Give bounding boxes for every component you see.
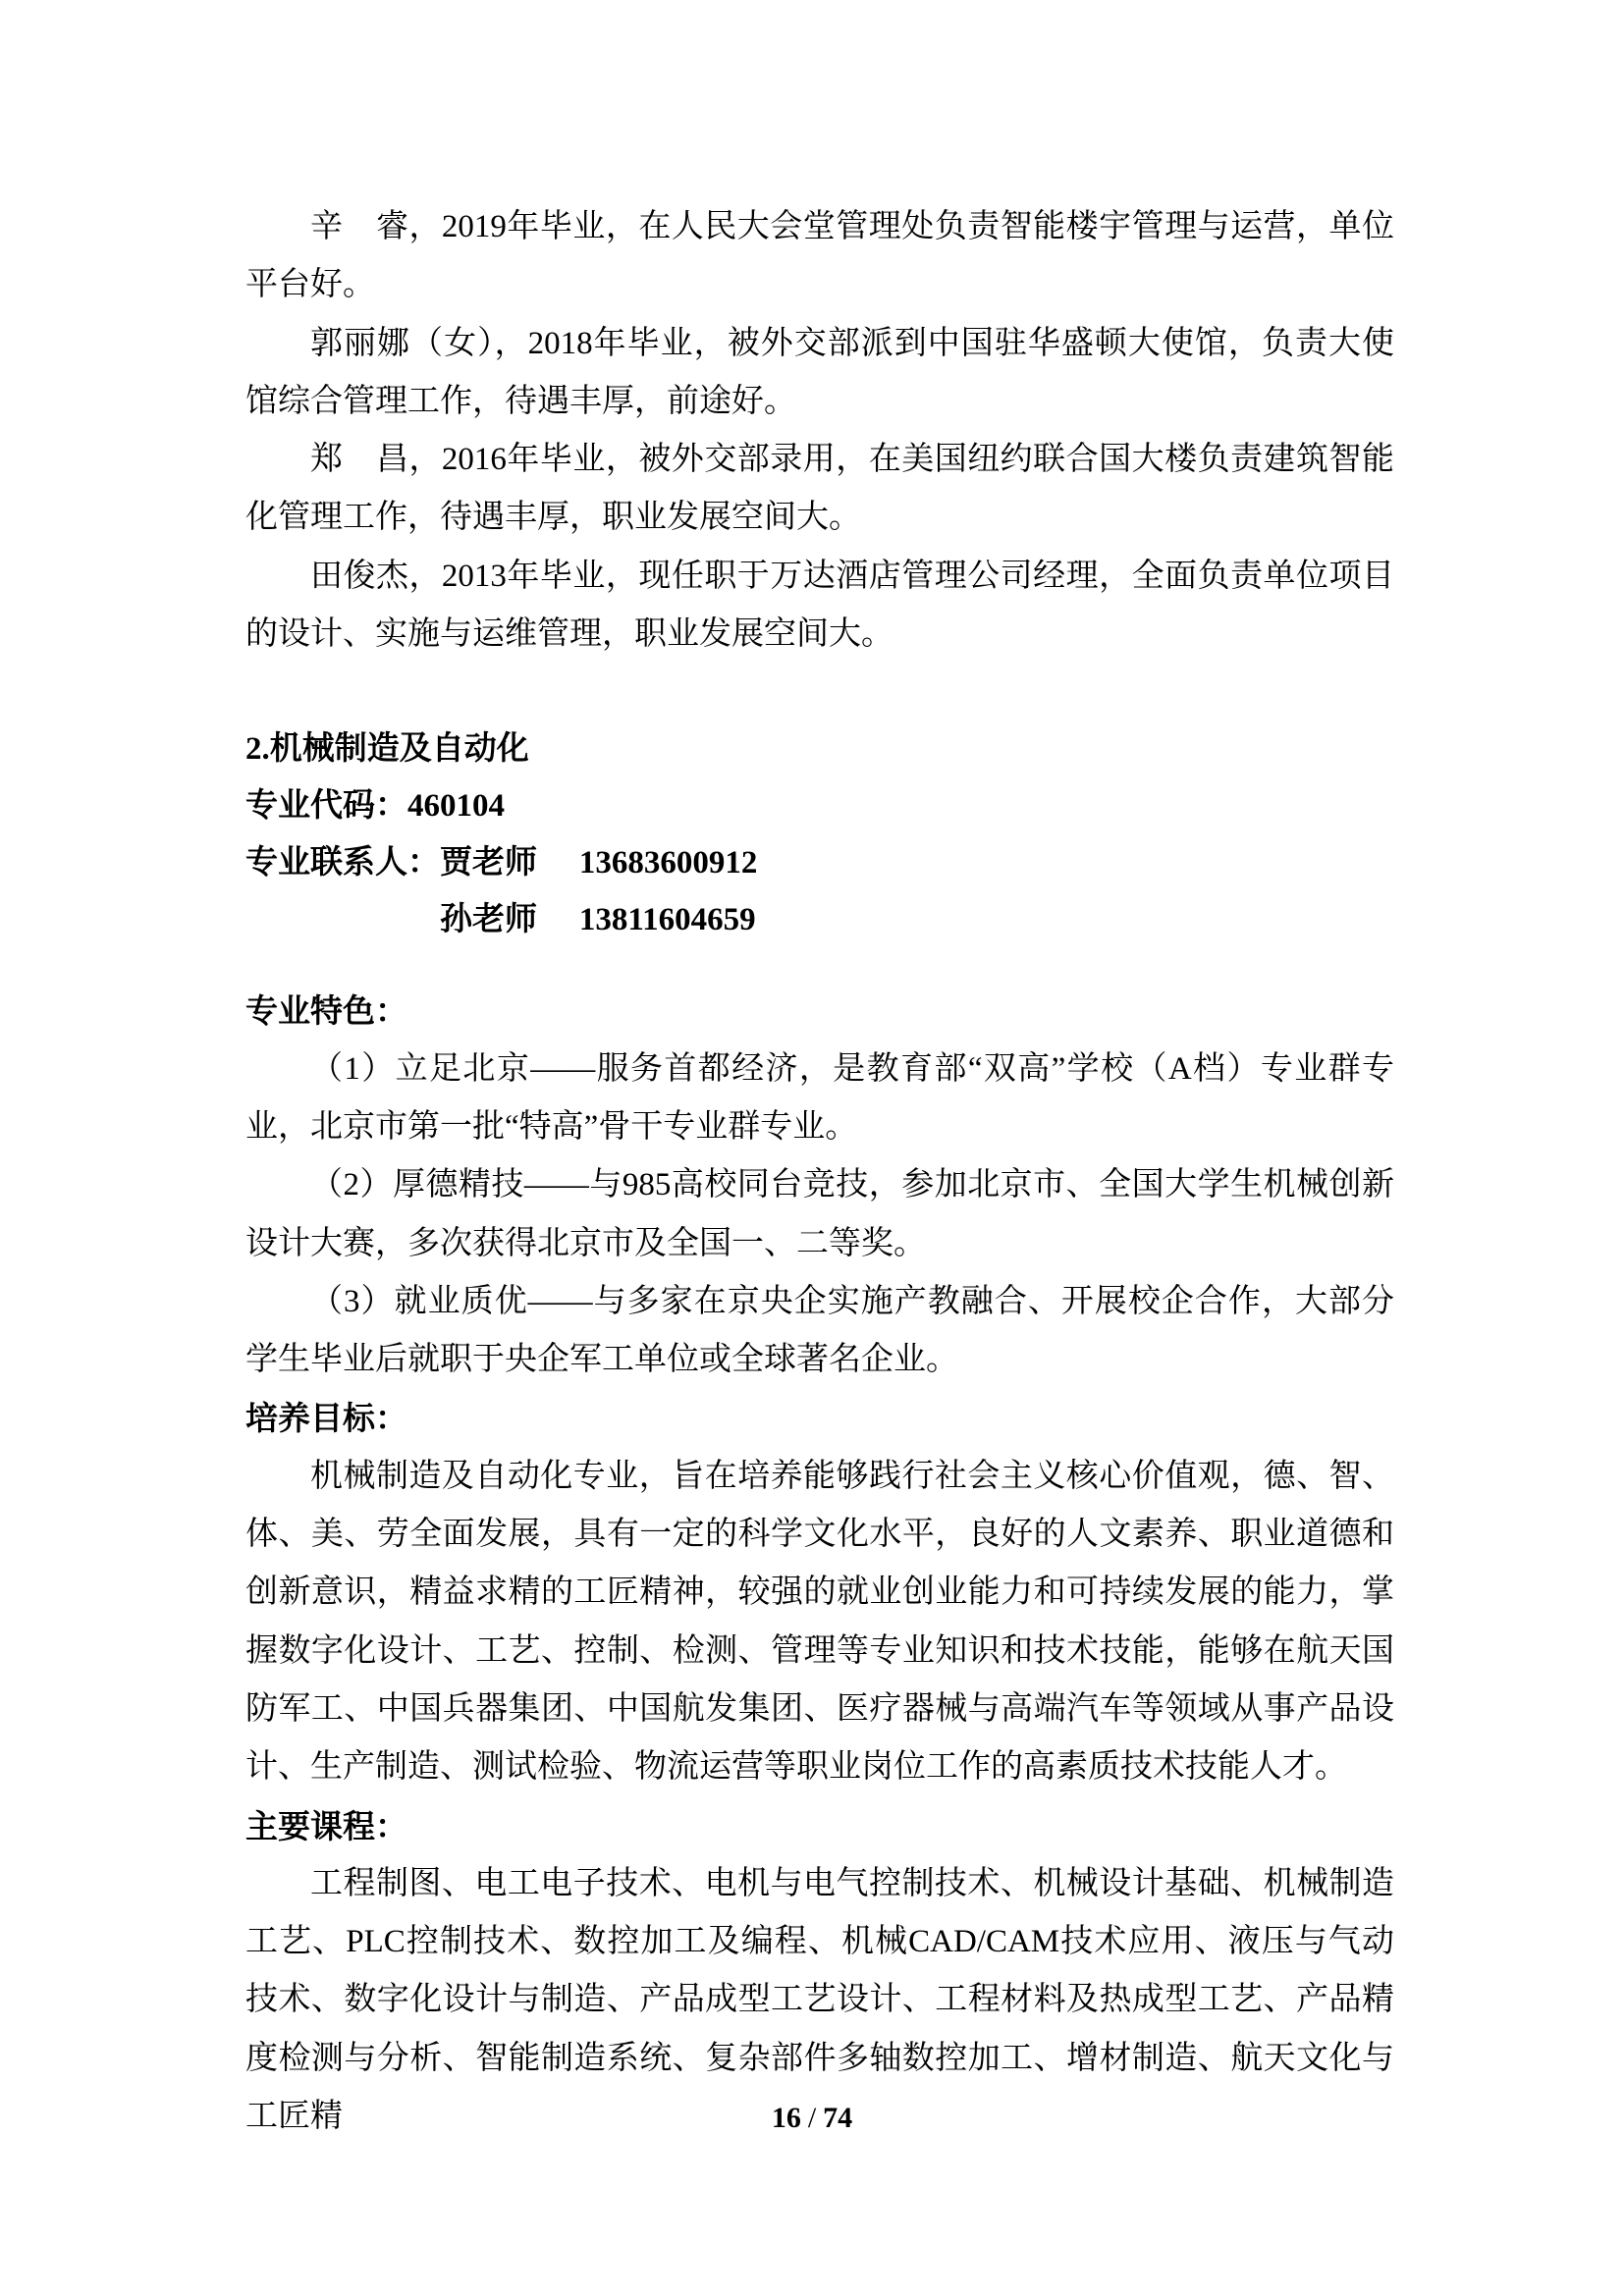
major-code-value: 460104 <box>407 788 505 824</box>
major-code-label: 专业代码： <box>245 788 407 824</box>
features-heading: 专业特色： <box>245 982 1394 1040</box>
objectives-paragraph: 机械制造及自动化专业，旨在培养能够践行社会主义核心价值观，德、智、体、美、劳全面… <box>245 1448 1394 1797</box>
feature-item: （1）立足北京——服务首都经济，是教育部“双高”学校（A档）专业群专业，北京市第… <box>245 1041 1394 1157</box>
page-total: 74 <box>823 2102 852 2134</box>
objectives-heading: 培养目标： <box>245 1389 1394 1447</box>
section-major-info: 2.机械制造及自动化 专业代码：460104 专业联系人：贾老师13683600… <box>245 721 1394 948</box>
major-code-line: 专业代码：460104 <box>245 777 1394 834</box>
page-number: 16 <box>772 2102 801 2134</box>
alumni-paragraph: 田俊杰，2013年毕业，现任职于万达酒店管理公司经理，全面负责单位项目的设计、实… <box>245 548 1394 665</box>
alumni-paragraph: 辛 睿，2019年毕业，在人民大会堂管理处负责智能楼宇管理与运营，单位平台好。 <box>245 198 1394 315</box>
contact-line: 孙老师13811604659 <box>245 891 1394 948</box>
alumni-paragraph: 郭丽娜（女），2018年毕业，被外交部派到中国驻华盛顿大使馆，负责大使馆综合管理… <box>245 315 1394 432</box>
courses-heading: 主要课程： <box>245 1797 1394 1855</box>
document-page: 辛 睿，2019年毕业，在人民大会堂管理处负责智能楼宇管理与运营，单位平台好。 … <box>0 0 1624 2296</box>
section-title: 2.机械制造及自动化 <box>245 721 1394 777</box>
contact-name: 贾老师 <box>440 845 537 881</box>
contact-phone: 13811604659 <box>579 902 756 937</box>
contact-line: 专业联系人：贾老师13683600912 <box>245 834 1394 891</box>
page-content: 辛 睿，2019年毕业，在人民大会堂管理处负责智能楼宇管理与运营，单位平台好。 … <box>245 198 1394 2146</box>
contact-phone: 13683600912 <box>579 845 758 881</box>
feature-item: （2）厚德精技——与985高校同台竞技，参加北京市、全国大学生机械创新设计大赛，… <box>245 1156 1394 1273</box>
contact-label: 专业联系人： <box>245 845 440 881</box>
page-footer: 16/74 <box>0 2099 1624 2138</box>
page-number-separator: / <box>808 2102 816 2134</box>
section-major-detail: 专业特色： （1）立足北京——服务首都经济，是教育部“双高”学校（A档）专业群专… <box>245 982 1394 2146</box>
alumni-paragraph: 郑 昌，2016年毕业，被外交部录用，在美国纽约联合国大楼负责建筑智能化管理工作… <box>245 431 1394 548</box>
feature-item: （3）就业质优——与多家在京央企实施产教融合、开展校企合作，大部分学生毕业后就职… <box>245 1273 1394 1390</box>
contact-name: 孙老师 <box>440 902 537 937</box>
